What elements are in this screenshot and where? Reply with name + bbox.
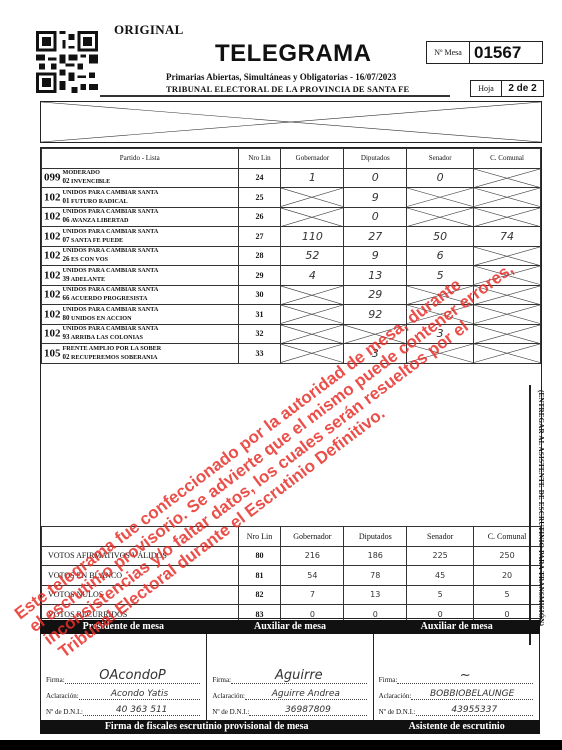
total-gobernador: 216 [281, 546, 344, 566]
list-name: ARRIBA LAS COLONIAS [71, 334, 143, 341]
line-number: 29 [238, 266, 281, 286]
vote-count-senador: 5 [407, 266, 474, 286]
list-code: 06 [63, 216, 70, 224]
aclaracion-label: Aclaración: [46, 692, 79, 700]
list-code: 02 [63, 177, 70, 185]
col-header: Gobernador [281, 527, 344, 547]
vote-count-senador: 6 [407, 246, 474, 266]
party-names: UNIDOS PARA CAMBIAR SANTA93 ARRIBA LAS C… [63, 325, 159, 342]
vote-count-diputados: 29 [344, 285, 407, 305]
dni-value: 43955337 [416, 705, 533, 716]
dni-line: Nº de D.N.I.:43955337 [379, 705, 533, 716]
party-code: 102 [44, 191, 61, 203]
signature: ~ [397, 668, 533, 684]
party-code: 102 [44, 211, 61, 223]
crossed-cell [281, 285, 344, 305]
party-name: UNIDOS PARA CAMBIAR SANTA [63, 286, 159, 293]
party-code: 099 [44, 172, 61, 184]
results-form: Partido - Lista Nro Lin Gobernador Diput… [40, 147, 542, 619]
vote-count-diputados: 0 [344, 168, 407, 188]
col-header: Partido - Lista [42, 149, 239, 169]
totals-label: VOTOS NULOS [42, 585, 239, 605]
party-names: UNIDOS PARA CAMBIAR SANTA66 ACUERDO PROG… [63, 286, 159, 303]
totals-label: VOTOS AFIRMATIVOS VÁLIDOS [42, 546, 239, 566]
list-code: 07 [63, 236, 70, 244]
table-row: 105 FRENTE AMPLIO POR LA SOBER02 RECUPER… [42, 344, 541, 364]
table-row: 099 MODERADO02 INVENCIBLE24100 [42, 168, 541, 188]
crossed-cell [407, 305, 474, 325]
crossed-cell [474, 305, 541, 325]
aclaracion-line: Aclaración:Acondo Yatis [46, 689, 200, 700]
col-header: Nro Lin [238, 149, 281, 169]
total-senador: 45 [407, 566, 474, 586]
col-header: Nro Lin [238, 527, 281, 547]
col-header: C. Comunal [474, 149, 541, 169]
party-code: 105 [44, 347, 61, 359]
crossed-cell [474, 285, 541, 305]
dni-label: Nº de D.N.I.: [46, 708, 83, 716]
mesa-label: Nº Mesa [427, 42, 470, 63]
party-names: UNIDOS PARA CAMBIAR SANTA01 FUTURO RADIC… [63, 189, 159, 206]
crossed-cell [407, 285, 474, 305]
party-list-cell: 102 UNIDOS PARA CAMBIAR SANTA01 FUTURO R… [42, 188, 239, 208]
signature-header: Auxiliar de mesa [373, 620, 540, 634]
total-senador: 225 [407, 546, 474, 566]
dni-value: 40 363 511 [83, 705, 200, 716]
party-code: 102 [44, 269, 61, 281]
col-header: Senador [407, 149, 474, 169]
col-header [42, 527, 239, 547]
aclaracion-value: BOBBIOBELAUNGE [411, 689, 533, 700]
side-instruction: (ENTREGAR AL ASISTENTE DE ESCRUTINIO PAR… [531, 390, 545, 650]
party-list-cell: 102 UNIDOS PARA CAMBIAR SANTA80 UNIDOS E… [42, 305, 239, 325]
party-list-cell: 102 UNIDOS PARA CAMBIAR SANTA07 SANTA FE… [42, 227, 239, 247]
party-name: UNIDOS PARA CAMBIAR SANTA [63, 325, 159, 332]
signature-block: Firma:OAcondoPAclaración:Acondo YatisNº … [41, 634, 207, 720]
vote-count-diputados: 9 [344, 246, 407, 266]
line-number: 27 [238, 227, 281, 247]
col-header: Diputados [344, 149, 407, 169]
signature: Aguirre [231, 668, 367, 684]
party-names: UNIDOS PARA CAMBIAR SANTA80 UNIDOS EN AC… [63, 306, 159, 323]
table-row: 102 UNIDOS PARA CAMBIAR SANTA80 UNIDOS E… [42, 305, 541, 325]
party-names: FRENTE AMPLIO POR LA SOBER02 RECUPEREMOS… [63, 345, 162, 362]
col-header: Senador [407, 527, 474, 547]
party-list-cell: 102 UNIDOS PARA CAMBIAR SANTA66 ACUERDO … [42, 285, 239, 305]
line-number: 32 [238, 324, 281, 344]
line-number: 82 [238, 585, 281, 605]
list-name: AVANZA LIBERTAD [71, 217, 129, 224]
signature-header: Auxiliar de mesa [207, 620, 374, 634]
line-number: 80 [238, 546, 281, 566]
qr-code [36, 31, 98, 93]
page-value: 2 de 2 [502, 81, 543, 96]
aclaracion-line: Aclaración:BOBBIOBELAUNGE [379, 689, 533, 700]
col-header: Gobernador [281, 149, 344, 169]
party-name: UNIDOS PARA CAMBIAR SANTA [63, 189, 159, 196]
fiscales-footer: Firma de fiscales escrutinio provisional… [40, 720, 373, 734]
party-code: 102 [44, 289, 61, 301]
asistente-footer: Asistente de escrutinio [373, 720, 540, 734]
list-name: ES CON VOS [71, 256, 108, 263]
firma-line: Firma:~ [379, 668, 533, 684]
totals-label: VOTOS EN BLANCO [42, 566, 239, 586]
crossed-cell [281, 188, 344, 208]
vote-count-gobernador: 4 [281, 266, 344, 286]
aclaracion-label: Aclaración: [212, 692, 245, 700]
party-name: FRENTE AMPLIO POR LA SOBER [63, 345, 162, 352]
list-name: RECUPEREMOS SOBERANIA [71, 354, 157, 361]
party-name: MODERADO [63, 169, 100, 176]
crossed-cell [474, 344, 541, 364]
mesa-number-box: Nº Mesa 01567 [426, 41, 543, 64]
table-row: 102 UNIDOS PARA CAMBIAR SANTA06 AVANZA L… [42, 207, 541, 227]
table-row: 102 UNIDOS PARA CAMBIAR SANTA39 ADELANTE… [42, 266, 541, 286]
firma-label: Firma: [212, 676, 231, 684]
list-code: 80 [63, 314, 70, 322]
list-name: UNIDOS EN ACCION [71, 315, 132, 322]
list-name: FUTURO RADICAL [71, 198, 128, 205]
party-code: 102 [44, 328, 61, 340]
party-list-cell: 102 UNIDOS PARA CAMBIAR SANTA93 ARRIBA L… [42, 324, 239, 344]
party-name: UNIDOS PARA CAMBIAR SANTA [63, 228, 159, 235]
crossed-cell [474, 246, 541, 266]
table-row: 102 UNIDOS PARA CAMBIAR SANTA93 ARRIBA L… [42, 324, 541, 344]
party-list-cell: 099 MODERADO02 INVENCIBLE [42, 168, 239, 188]
signature: OAcondoP [65, 668, 201, 684]
list-name: SANTA FE PUEDE [71, 237, 123, 244]
line-number: 33 [238, 344, 281, 364]
signature-headers: Presidente de mesa Auxiliar de mesa Auxi… [40, 620, 540, 634]
vote-count-comunal: 74 [474, 227, 541, 247]
signature-header: Presidente de mesa [40, 620, 207, 634]
crossed-cell [281, 207, 344, 227]
party-code: 102 [44, 230, 61, 242]
signature-block: Firma:AguirreAclaración:Aguirre AndreaNº… [207, 634, 373, 720]
aclaracion-label: Aclaración: [379, 692, 412, 700]
list-name: INVENCIBLE [71, 178, 110, 185]
line-number: 31 [238, 305, 281, 325]
original-label: ORIGINAL [114, 22, 184, 38]
vote-count-diputados: 3 [344, 344, 407, 364]
vote-count-gobernador: 52 [281, 246, 344, 266]
line-number: 25 [238, 188, 281, 208]
vote-count-diputados: 92 [344, 305, 407, 325]
party-name: UNIDOS PARA CAMBIAR SANTA [63, 247, 159, 254]
party-name: UNIDOS PARA CAMBIAR SANTA [63, 306, 159, 313]
col-header: Diputados [344, 527, 407, 547]
vote-count-gobernador: 1 [281, 168, 344, 188]
aclaracion-line: Aclaración:Aguirre Andrea [212, 689, 366, 700]
crossed-cell [407, 344, 474, 364]
vote-count-senador: 0 [407, 168, 474, 188]
crossed-cell [474, 266, 541, 286]
line-number: 24 [238, 168, 281, 188]
crossed-cell [281, 324, 344, 344]
aclaracion-value: Aguirre Andrea [245, 689, 367, 700]
crossed-cell [281, 305, 344, 325]
vote-count-diputados: 9 [344, 188, 407, 208]
crossed-cell [474, 207, 541, 227]
list-code: 66 [63, 294, 70, 302]
party-names: UNIDOS PARA CAMBIAR SANTA07 SANTA FE PUE… [63, 228, 159, 245]
list-code: 02 [63, 353, 70, 361]
header-divider [100, 95, 450, 97]
vote-count-diputados: 27 [344, 227, 407, 247]
totals-row: VOTOS AFIRMATIVOS VÁLIDOS80216186225250 [42, 546, 541, 566]
party-list-cell: 102 UNIDOS PARA CAMBIAR SANTA06 AVANZA L… [42, 207, 239, 227]
party-names: UNIDOS PARA CAMBIAR SANTA39 ADELANTE [63, 267, 159, 284]
totals-header-row: Nro Lin Gobernador Diputados Senador C. … [42, 527, 541, 547]
line-number: 81 [238, 566, 281, 586]
crossed-cell [474, 324, 541, 344]
vote-count-diputados: 0 [344, 207, 407, 227]
list-name: ACUERDO PROGRESISTA [71, 295, 148, 302]
dni-line: Nº de D.N.I.:36987809 [212, 705, 366, 716]
party-code: 102 [44, 250, 61, 262]
vote-count-gobernador: 110 [281, 227, 344, 247]
line-number: 26 [238, 207, 281, 227]
mesa-value: 01567 [470, 42, 542, 63]
election-subtitle: Primarias Abiertas, Simultáneas y Obliga… [166, 72, 396, 82]
firma-line: Firma:OAcondoP [46, 668, 200, 684]
table-row: 102 UNIDOS PARA CAMBIAR SANTA01 FUTURO R… [42, 188, 541, 208]
table-row: 102 UNIDOS PARA CAMBIAR SANTA66 ACUERDO … [42, 285, 541, 305]
party-list-cell: 105 FRENTE AMPLIO POR LA SOBER02 RECUPER… [42, 344, 239, 364]
footer-bars: Firma de fiscales escrutinio provisional… [40, 720, 540, 734]
page-box: Hoja 2 de 2 [470, 80, 544, 97]
list-code: 93 [63, 333, 70, 341]
party-list-cell: 102 UNIDOS PARA CAMBIAR SANTA26 ES CON V… [42, 246, 239, 266]
party-list-cell: 102 UNIDOS PARA CAMBIAR SANTA39 ADELANTE [42, 266, 239, 286]
signature-columns: Firma:OAcondoPAclaración:Acondo YatisNº … [40, 634, 540, 720]
signature-section: Presidente de mesa Auxiliar de mesa Auxi… [40, 620, 540, 740]
firma-line: Firma:Aguirre [212, 668, 366, 684]
party-names: UNIDOS PARA CAMBIAR SANTA06 AVANZA LIBER… [63, 208, 159, 225]
total-senador: 5 [407, 585, 474, 605]
total-diputados: 13 [344, 585, 407, 605]
list-code: 01 [63, 197, 70, 205]
total-diputados: 186 [344, 546, 407, 566]
list-name: ADELANTE [71, 276, 105, 283]
table-row: 102 UNIDOS PARA CAMBIAR SANTA26 ES CON V… [42, 246, 541, 266]
vote-count-diputados: 13 [344, 266, 407, 286]
totals-row: VOTOS NULOS8271355 [42, 585, 541, 605]
list-code: 39 [63, 275, 70, 283]
tribunal-name: TRIBUNAL ELECTORAL DE LA PROVINCIA DE SA… [166, 84, 409, 94]
table-row: 102 UNIDOS PARA CAMBIAR SANTA07 SANTA FE… [42, 227, 541, 247]
totals-row: VOTOS EN BLANCO8154784520 [42, 566, 541, 586]
party-name: UNIDOS PARA CAMBIAR SANTA [63, 267, 159, 274]
aclaracion-value: Acondo Yatis [79, 689, 201, 700]
crossed-out-box [40, 101, 542, 143]
page-label: Hoja [471, 81, 502, 96]
results-header-row: Partido - Lista Nro Lin Gobernador Diput… [42, 149, 541, 169]
line-number: 30 [238, 285, 281, 305]
party-code: 102 [44, 308, 61, 320]
totals-table: Nro Lin Gobernador Diputados Senador C. … [41, 526, 541, 625]
party-names: UNIDOS PARA CAMBIAR SANTA26 ES CON VOS [63, 247, 159, 264]
list-code: 26 [63, 255, 70, 263]
vote-count-senador: 3 [407, 324, 474, 344]
party-name: UNIDOS PARA CAMBIAR SANTA [63, 208, 159, 215]
firma-label: Firma: [46, 676, 65, 684]
total-diputados: 78 [344, 566, 407, 586]
crossed-cell [344, 324, 407, 344]
firma-label: Firma: [379, 676, 398, 684]
dni-label: Nº de D.N.I.: [379, 708, 416, 716]
dni-line: Nº de D.N.I.:40 363 511 [46, 705, 200, 716]
crossed-cell [474, 168, 541, 188]
signature-block: Firma:~Aclaración:BOBBIOBELAUNGENº de D.… [374, 634, 539, 720]
bottom-edge [0, 740, 562, 750]
crossed-cell [474, 188, 541, 208]
results-table: Partido - Lista Nro Lin Gobernador Diput… [41, 148, 541, 364]
dni-label: Nº de D.N.I.: [212, 708, 249, 716]
crossed-cell [281, 344, 344, 364]
total-gobernador: 54 [281, 566, 344, 586]
crossed-cell [407, 207, 474, 227]
document-title: TELEGRAMA [215, 40, 372, 68]
total-gobernador: 7 [281, 585, 344, 605]
party-names: MODERADO02 INVENCIBLE [63, 169, 111, 186]
crossed-cell [407, 188, 474, 208]
line-number: 28 [238, 246, 281, 266]
vote-count-senador: 50 [407, 227, 474, 247]
dni-value: 36987809 [249, 705, 366, 716]
